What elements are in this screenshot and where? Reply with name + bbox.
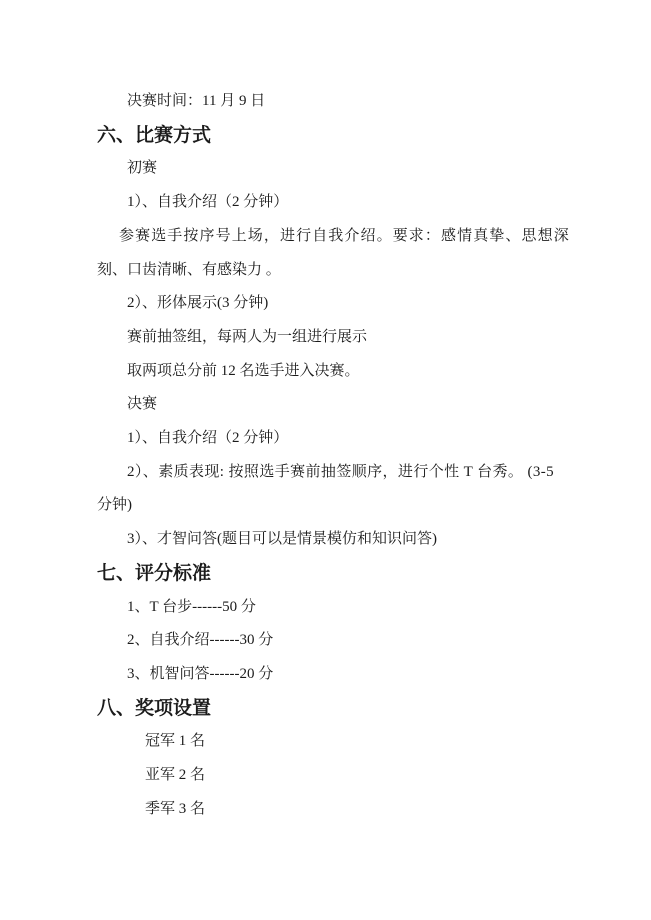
text-line: 2、自我介绍------30 分 bbox=[97, 624, 581, 658]
text-line: 取两项总分前 12 名选手进入决赛。 bbox=[97, 355, 581, 389]
text-line: 3、机智问答------20 分 bbox=[97, 658, 581, 692]
text-line: 参赛选手按序号上场，进行自我介绍。要求：感情真挚、思想深 bbox=[97, 220, 581, 254]
text-line: 赛前抽签组，每两人为一组进行展示 bbox=[97, 321, 581, 355]
section-heading: 八、奖项设置 bbox=[97, 692, 581, 726]
text-line: 1）、自我介绍（2 分钟） bbox=[97, 422, 581, 456]
text-line: 决赛 bbox=[97, 388, 581, 422]
text-line: 2）、形体展示(3 分钟) bbox=[97, 287, 581, 321]
text-line: 3）、才智问答(题目可以是情景模仿和知识问答) bbox=[97, 523, 581, 557]
text-line: 刻、口齿清晰、有感染力 。 bbox=[97, 254, 581, 288]
text-line: 2）、素质表现: 按照选手赛前抽签顺序，进行个性 T 台秀。 (3-5 bbox=[97, 456, 581, 490]
text-line: 亚军 2 名 bbox=[97, 759, 581, 793]
text-line: 初赛 bbox=[97, 152, 581, 186]
text-line: 1）、自我介绍（2 分钟） bbox=[97, 186, 581, 220]
section-heading: 六、比赛方式 bbox=[97, 119, 581, 153]
text-line: 冠军 1 名 bbox=[97, 725, 581, 759]
text-line: 季军 3 名 bbox=[97, 793, 581, 827]
document-page: 决赛时间：11 月 9 日六、比赛方式初赛1）、自我介绍（2 分钟）参赛选手按序… bbox=[0, 0, 651, 920]
text-line: 1、T 台步------50 分 bbox=[97, 591, 581, 625]
document-body: 决赛时间：11 月 9 日六、比赛方式初赛1）、自我介绍（2 分钟）参赛选手按序… bbox=[97, 85, 581, 826]
text-line: 分钟) bbox=[97, 489, 581, 523]
section-heading: 七、评分标准 bbox=[97, 557, 581, 591]
text-line: 决赛时间：11 月 9 日 bbox=[97, 85, 581, 119]
